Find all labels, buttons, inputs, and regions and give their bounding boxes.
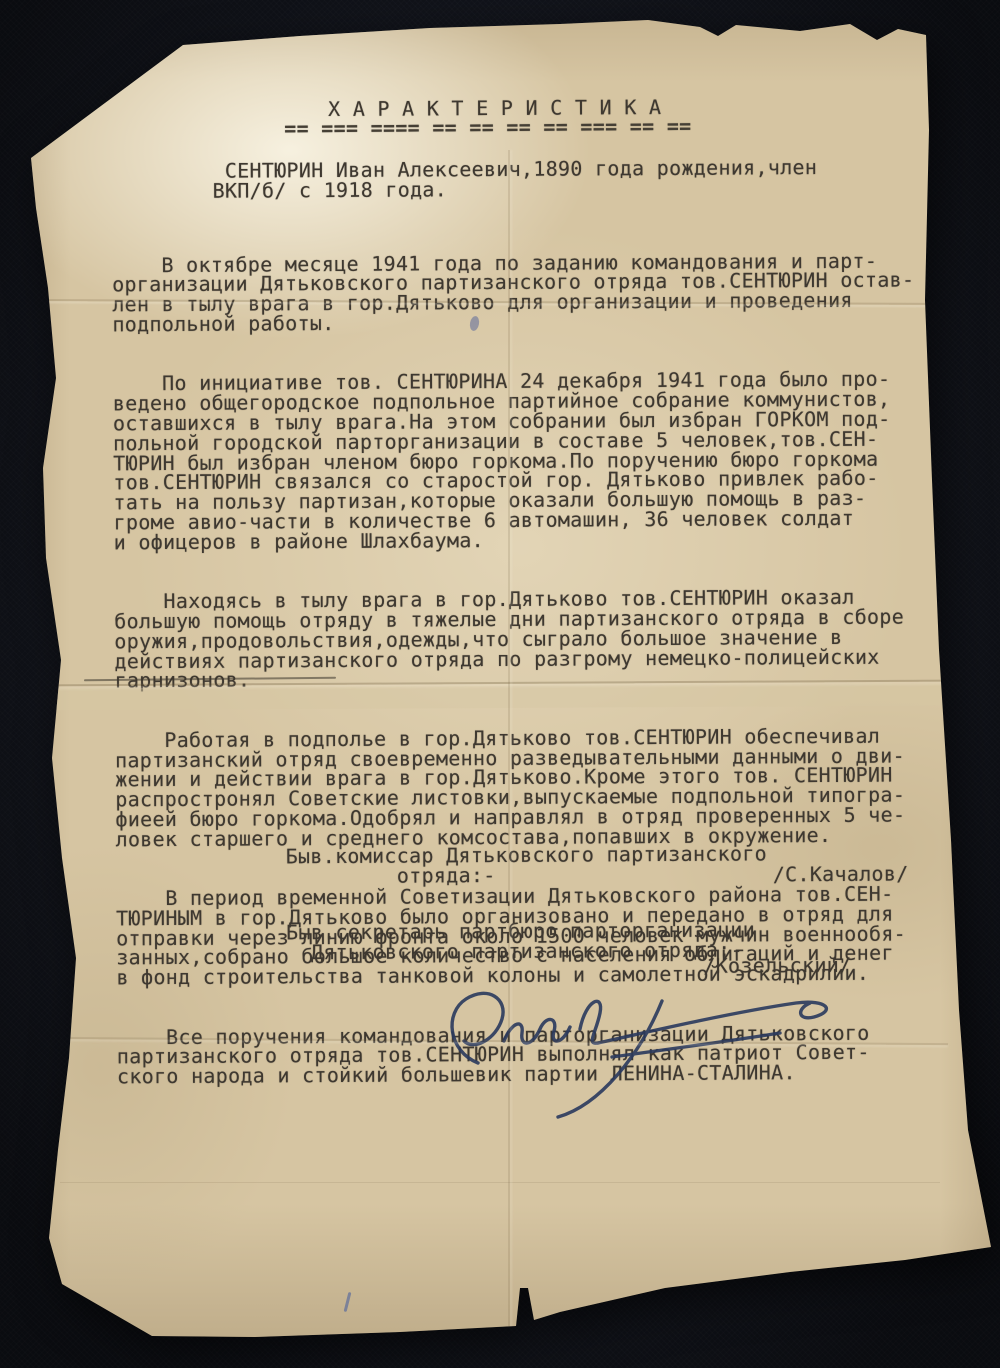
document-paper: Х А Р А К Т Е Р И С Т И К А == === ==== … — [0, 0, 1000, 1368]
intro-paragraph: СЕНТЮРИН Иван Алексеевич,1890 года рожде… — [212, 158, 817, 201]
signature-role-commissar: Быв.комиссар Дятьковского партизанского … — [286, 844, 768, 887]
handwritten-signature-icon — [400, 955, 900, 1130]
signatory-name-kachalov: /С.Качалов/ — [773, 865, 909, 886]
paragraph: Работая в подполье в гор.Дятьково тов.СЕ… — [115, 726, 932, 850]
typewritten-text-layer: Х А Р А К Т Е Р И С Т И К А == === ==== … — [0, 0, 1000, 1368]
title-underline: == === ==== == == == == === == == — [284, 117, 691, 139]
paper-shadow-wrap: Х А Р А К Т Е Р И С Т И К А == === ==== … — [0, 0, 1000, 1368]
paragraph: Находясь в тылу врага в гор.Дятьково тов… — [114, 588, 931, 692]
paragraph: По инициативе тов. СЕНТЮРИНА 24 декабря … — [113, 370, 930, 553]
paragraph: В октябре месяце 1941 года по заданию ко… — [112, 251, 928, 335]
